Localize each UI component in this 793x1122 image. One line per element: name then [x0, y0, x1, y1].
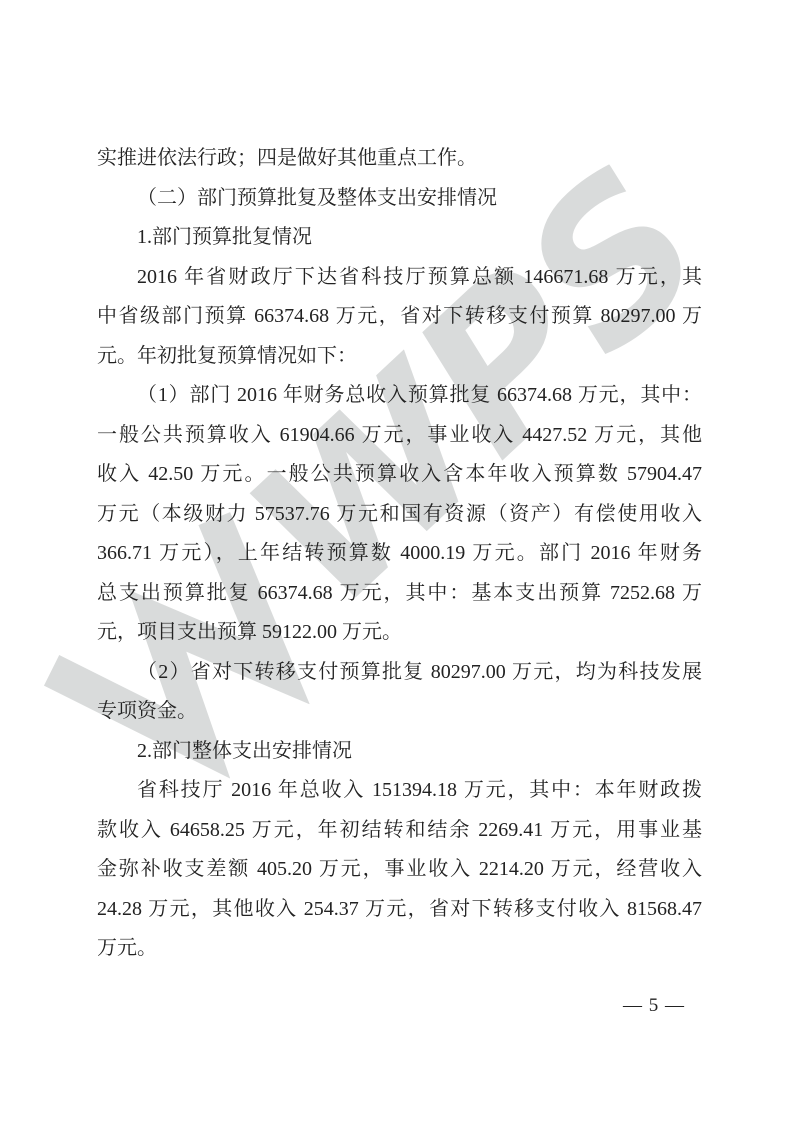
text-line: 万元（本级财力 57537.76 万元和国有资源（资产）有偿使用收入 — [97, 495, 702, 535]
document-page: WPS 实推进依法行政；四是做好其他重点工作。（二）部门预算批复及整体支出安排情… — [0, 0, 793, 1122]
text-line: 收入 42.50 万元。一般公共预算收入含本年收入预算数 57904.47 — [97, 455, 702, 495]
paragraph: 2016 年省财政厅下达省科技厅预算总额 146671.68 万元，其中省级部门… — [97, 258, 702, 377]
text-line: 实推进依法行政；四是做好其他重点工作。 — [97, 139, 702, 179]
paragraph: （二）部门预算批复及整体支出安排情况 — [97, 179, 702, 219]
text-line: （2）省对下转移支付预算批复 80297.00 万元，均为科技发展 — [97, 653, 702, 693]
text-line: 省科技厅 2016 年总收入 151394.18 万元，其中：本年财政拨 — [97, 771, 702, 811]
paragraph: （2）省对下转移支付预算批复 80297.00 万元，均为科技发展专项资金。 — [97, 653, 702, 732]
text-line: 中省级部门预算 66374.68 万元，省对下转移支付预算 80297.00 万 — [97, 297, 702, 337]
text-line: 2.部门整体支出安排情况 — [97, 732, 702, 772]
page-number: — 5 — — [598, 993, 710, 1019]
text-line: 金弥补收支差额 405.20 万元，事业收入 2214.20 万元，经营收入 — [97, 850, 702, 890]
text-line: 款收入 64658.25 万元，年初结转和结余 2269.41 万元，用事业基 — [97, 811, 702, 851]
text-line: 1.部门预算批复情况 — [97, 218, 702, 258]
text-line: 24.28 万元，其他收入 254.37 万元，省对下转移支付收入 81568.… — [97, 890, 702, 930]
paragraph: 实推进依法行政；四是做好其他重点工作。 — [97, 139, 702, 179]
paragraph: 1.部门预算批复情况 — [97, 218, 702, 258]
text-line: 元，项目支出预算 59122.00 万元。 — [97, 613, 702, 653]
text-line: 专项资金。 — [97, 692, 702, 732]
text-line: （二）部门预算批复及整体支出安排情况 — [97, 179, 702, 219]
text-line: 366.71 万元），上年结转预算数 4000.19 万元。部门 2016 年财… — [97, 534, 702, 574]
paragraph: 省科技厅 2016 年总收入 151394.18 万元，其中：本年财政拨款收入 … — [97, 771, 702, 969]
paragraph: 2.部门整体支出安排情况 — [97, 732, 702, 772]
text-line: （1）部门 2016 年财务总收入预算批复 66374.68 万元，其中： — [97, 376, 702, 416]
text-line: 一般公共预算收入 61904.66 万元，事业收入 4427.52 万元，其他 — [97, 416, 702, 456]
text-line: 总支出预算批复 66374.68 万元，其中：基本支出预算 7252.68 万 — [97, 574, 702, 614]
text-line: 2016 年省财政厅下达省科技厅预算总额 146671.68 万元，其 — [97, 258, 702, 298]
text-line: 万元。 — [97, 929, 702, 969]
text-line: 元。年初批复预算情况如下： — [97, 337, 702, 377]
paragraph: （1）部门 2016 年财务总收入预算批复 66374.68 万元，其中：一般公… — [97, 376, 702, 653]
document-body: 实推进依法行政；四是做好其他重点工作。（二）部门预算批复及整体支出安排情况1.部… — [97, 139, 702, 969]
